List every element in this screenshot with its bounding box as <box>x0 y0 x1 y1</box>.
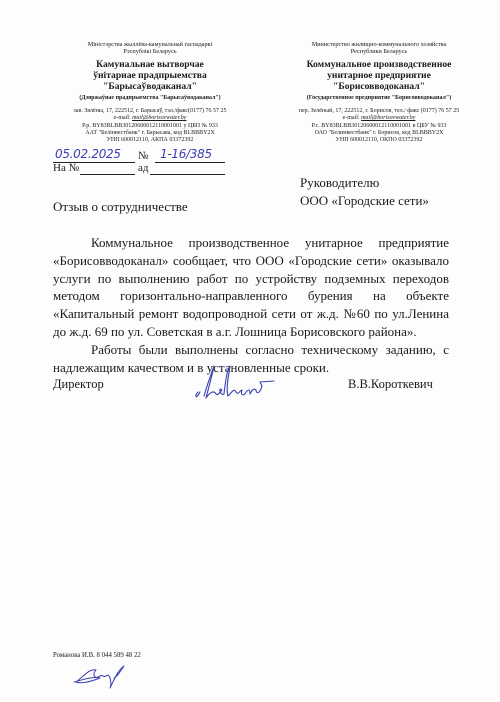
executor-contact: Романова И.В. 8 044 589 48 22 <box>53 652 141 659</box>
header-right-russian: Министерство жилищно-коммунального хозяй… <box>275 41 483 144</box>
ref-number-label: На № <box>53 162 79 174</box>
letter-body: Коммунальное производственное унитарное … <box>53 234 449 376</box>
email-link[interactable]: mail@borisovwater.by <box>132 115 186 121</box>
contact-details: зав. Зялёны, 17, 222512, г. Барысаў, тэл… <box>50 108 250 144</box>
director-signature-icon <box>190 362 280 404</box>
letter-subject: Отзыв о сотрудничестве <box>53 199 188 215</box>
executor-signature-icon <box>70 662 130 690</box>
organization-subtitle: (Дзяржаўнае прадпрыемства "Барысаўводака… <box>50 95 250 102</box>
contact-details: пер. Зелёный, 17, 222512, г. Борисов, те… <box>275 108 483 144</box>
ref-from-underline <box>150 174 225 175</box>
ministry-name: Министерство жилищно-коммунального хозяй… <box>275 41 483 55</box>
addressee: Руководителю ООО «Городские сети» <box>300 174 429 209</box>
body-paragraph: Коммунальное производственное унитарное … <box>53 234 449 341</box>
organization-name: Коммунальное производственное унитарное … <box>275 59 483 92</box>
organization-name: Камунальнае вытворчае ўнітарнае прадпрые… <box>50 59 250 92</box>
email-link[interactable]: mail@borisovwater.by <box>361 115 415 121</box>
handwritten-number: 1-16/385 <box>160 147 212 161</box>
organization-subtitle: (Государственное предприятие "Борисоввод… <box>275 95 483 102</box>
handwritten-date: 05.02.2025 <box>55 147 121 161</box>
number-label: № <box>138 150 149 162</box>
ref-number-underline <box>80 174 135 175</box>
header-left-belarusian: Міністэрства жыллёва-камунальнай гаспада… <box>50 41 250 144</box>
ref-from-label: ад <box>138 162 148 174</box>
signatory-name: В.В.Короткевич <box>348 377 433 392</box>
number-underline <box>155 162 225 163</box>
ministry-name: Міністэрства жыллёва-камунальнай гаспада… <box>50 41 250 55</box>
signatory-position: Директор <box>53 377 104 392</box>
